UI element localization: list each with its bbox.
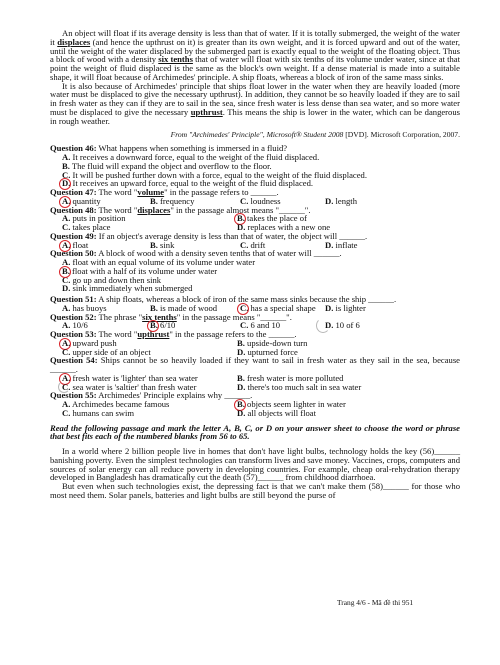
option-text: sink immediately when submerged bbox=[70, 283, 192, 293]
option-text: humans can swim bbox=[70, 408, 134, 418]
option-text: 10 of 6 bbox=[333, 320, 360, 330]
option-letter: B. bbox=[150, 196, 158, 206]
question-stem: Ships cannot be so heavily loaded if the… bbox=[50, 355, 460, 374]
passage-paragraph-2: It is also because of Archimedes' princi… bbox=[50, 82, 460, 126]
option-52-d[interactable]: D. 10 of 6 bbox=[325, 321, 360, 330]
option-51-a[interactable]: A. has buoys bbox=[62, 304, 107, 313]
option-52-b[interactable]: B. 6/10 bbox=[150, 321, 175, 330]
option-51-b[interactable]: B. is made of wood bbox=[150, 304, 217, 313]
options-55-row2: C. humans can swim D. all objects will f… bbox=[50, 409, 460, 418]
citation-source: From "Archimedes' Principle", Microsoft®… bbox=[171, 130, 344, 139]
option-text: all objects will float bbox=[245, 408, 316, 418]
option-47-c[interactable]: C. loudness bbox=[240, 197, 281, 206]
question-stem: The word " bbox=[97, 187, 138, 197]
keyword-upthrust: upthrust bbox=[191, 107, 223, 117]
option-text: quantity bbox=[70, 196, 100, 206]
options-52: A. 10/6 B. 6/10 C. 6 and 10 D. 10 of 6 bbox=[50, 321, 460, 330]
option-text: there's too much salt in sea water bbox=[245, 382, 361, 392]
options-53-row2: C. upper side of an object D. upturned f… bbox=[50, 348, 460, 357]
question-54: Question 54: Ships cannot be so heavily … bbox=[50, 356, 460, 374]
page-footer: Trang 4/6 - Mã đề thi 951 bbox=[337, 598, 413, 607]
option-text: has buoys bbox=[70, 303, 106, 313]
option-49-d[interactable]: D. inflate bbox=[325, 241, 357, 250]
option-55-c[interactable]: C. humans can swim bbox=[62, 409, 134, 418]
option-49-c[interactable]: C. drift bbox=[240, 241, 265, 250]
question-stem: The phrase " bbox=[97, 312, 143, 322]
option-53-d[interactable]: D. upturned force bbox=[237, 348, 298, 357]
option-51-d[interactable]: D. is lighter bbox=[325, 304, 366, 313]
option-text: replaces with a new one bbox=[245, 222, 330, 232]
option-text: sink bbox=[158, 240, 174, 250]
options-47: A. quantity B. frequency C. loudness D. … bbox=[50, 197, 460, 206]
option-letter: B. bbox=[150, 240, 158, 250]
option-text: 6 and 10 bbox=[248, 320, 280, 330]
cloze-paragraph-2: But even when such technologies exist, t… bbox=[50, 482, 460, 500]
option-52-a[interactable]: A. 10/6 bbox=[62, 321, 88, 330]
cloze-paragraph-1: In a world where 2 billion people live i… bbox=[50, 447, 460, 482]
answer-circle-icon: A. bbox=[62, 197, 70, 206]
option-48-c[interactable]: C. takes place bbox=[62, 223, 110, 232]
passage-paragraph-1: An object will float if its average dens… bbox=[50, 29, 460, 82]
option-text: frequency bbox=[158, 196, 195, 206]
options-49: A. float B. sink C. drift D. inflate bbox=[50, 241, 460, 250]
option-text: float bbox=[70, 240, 88, 250]
option-47-b[interactable]: B. frequency bbox=[150, 197, 194, 206]
option-51-c[interactable]: C. has a special shape bbox=[240, 304, 316, 313]
answer-circle-icon: B. bbox=[62, 267, 70, 276]
citation-publisher: [DVD]. Microsoft Corporation, 2007. bbox=[343, 130, 460, 139]
option-47-d[interactable]: D. length bbox=[325, 197, 357, 206]
option-text: is lighter bbox=[333, 303, 365, 313]
answer-circle-icon: B. bbox=[150, 321, 158, 330]
option-52-c[interactable]: C. 6 and 10 bbox=[240, 321, 280, 330]
option-text: takes place bbox=[70, 222, 110, 232]
option-text: upturned force bbox=[245, 347, 298, 357]
section-instruction: Read the following passage and mark the … bbox=[50, 424, 460, 442]
option-text: loudness bbox=[248, 196, 280, 206]
option-text: inflate bbox=[333, 240, 357, 250]
option-49-a[interactable]: A. float bbox=[62, 241, 88, 250]
option-text: has a special shape bbox=[248, 303, 315, 313]
option-48-d[interactable]: D. replaces with a new one bbox=[237, 223, 330, 232]
option-50-d[interactable]: D. sink immediately when submerged bbox=[50, 284, 460, 293]
option-text: drift bbox=[248, 240, 265, 250]
option-text: sea water is 'saltier' than fresh water bbox=[70, 382, 196, 392]
pencil-mark-icon bbox=[58, 381, 70, 393]
options-54-row2: C. sea water is 'saltier' than fresh wat… bbox=[50, 383, 460, 392]
option-55-d[interactable]: D. all objects will float bbox=[237, 409, 316, 418]
option-54-d[interactable]: D. there's too much salt in sea water bbox=[237, 383, 361, 392]
option-text: length bbox=[333, 196, 357, 206]
question-keyword: displaces bbox=[137, 205, 170, 215]
citation: From "Archimedes' Principle", Microsoft®… bbox=[50, 130, 460, 139]
option-53-c[interactable]: C. upper side of an object bbox=[62, 348, 151, 357]
option-letter: B. bbox=[150, 303, 158, 313]
option-text: 6/10 bbox=[158, 320, 175, 330]
option-text: 10/6 bbox=[70, 320, 87, 330]
options-48-row2: C. takes place D. replaces with a new on… bbox=[50, 223, 460, 232]
option-49-b[interactable]: B. sink bbox=[150, 241, 174, 250]
answer-circle-icon: C. bbox=[240, 304, 248, 313]
option-47-a[interactable]: A. quantity bbox=[62, 197, 101, 206]
option-54-c[interactable]: C. sea water is 'saltier' than fresh wat… bbox=[62, 383, 196, 392]
answer-circle-icon: A. bbox=[62, 241, 70, 250]
options-51: A. has buoys B. is made of wood C. has a… bbox=[50, 304, 460, 313]
option-text: is made of wood bbox=[158, 303, 217, 313]
exam-page: An object will float if its average dens… bbox=[50, 29, 460, 500]
option-text: upper side of an object bbox=[70, 347, 150, 357]
answer-circle-icon: D. bbox=[62, 179, 70, 188]
